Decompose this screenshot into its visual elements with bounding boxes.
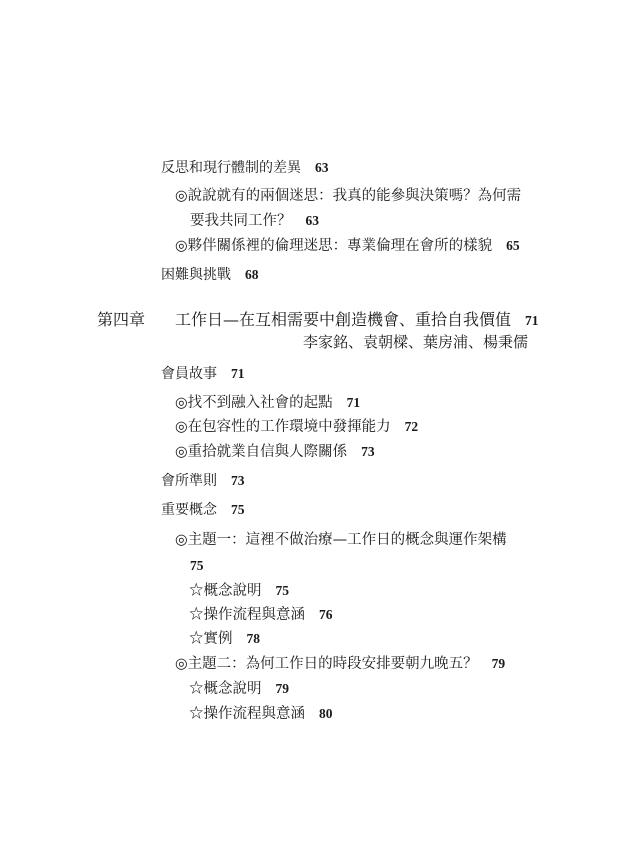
chapter-label: 第四章	[97, 311, 145, 329]
toc-section: 會員故事71	[161, 365, 245, 383]
toc-item: ◎在包容性的工作環境中發揮能力72	[175, 418, 418, 436]
toc-item-continued: 要我共同工作？63	[190, 212, 319, 230]
toc-title: 要我共同工作？	[190, 213, 292, 229]
toc-title: 重要概念	[161, 502, 217, 518]
toc-page-number: 76	[319, 607, 333, 622]
toc-page-number: 73	[231, 473, 245, 488]
toc-page-number: 80	[319, 706, 333, 721]
toc-title: ☆操作流程與意涵	[189, 607, 305, 623]
toc-section: 反思和現行體制的差異63	[161, 159, 329, 177]
toc-page-number: 71	[347, 395, 361, 410]
toc-page-number: 72	[405, 419, 419, 434]
toc-page-number: 75	[276, 583, 290, 598]
toc-page-number: 79	[492, 656, 506, 671]
toc-title: ◎說說就有的兩個迷思：我真的能參與決策嗎？為何需	[175, 188, 521, 204]
toc-title: ◎主題一：這裡不做治療—工作日的概念與運作架構	[175, 532, 507, 548]
toc-section: 困難與挑戰68	[161, 266, 259, 284]
chapter-title-wrap: 工作日—在互相需要中創造機會、重拾自我價值71	[175, 311, 539, 330]
toc-title: ◎重拾就業自信與人際關係	[175, 444, 347, 460]
toc-page-number: 71	[231, 366, 245, 381]
toc-subitem: ☆操作流程與意涵76	[189, 606, 333, 624]
toc-title: ◎主題二：為何工作日的時段安排要朝九晚五？	[175, 656, 478, 672]
toc-section: 會所準則73	[161, 472, 245, 490]
toc-title: ◎夥伴關係裡的倫理迷思：專業倫理在會所的樣貌	[175, 238, 492, 254]
toc-item-page-wrap: 75	[176, 557, 204, 575]
authors-text: 李家銘、袁朝樑、葉房浦、楊秉儒	[303, 333, 528, 351]
toc-title: ☆概念說明	[189, 583, 262, 599]
toc-title: 會所準則	[161, 473, 217, 489]
toc-page-number: 79	[276, 681, 290, 696]
toc-page-number: 73	[361, 444, 375, 459]
chapter-title: 工作日—在互相需要中創造機會、重拾自我價值	[175, 310, 511, 329]
toc-page-number: 71	[525, 313, 539, 328]
toc-title: ☆操作流程與意涵	[189, 706, 305, 722]
toc-title: ◎在包容性的工作環境中發揮能力	[175, 419, 391, 435]
chapter-authors: 李家銘、袁朝樑、葉房浦、楊秉儒	[303, 333, 528, 351]
toc-page-number: 65	[506, 238, 520, 253]
toc-title: ◎找不到融入社會的起點	[175, 395, 333, 411]
toc-item: ◎主題二：為何工作日的時段安排要朝九晚五？79	[175, 655, 505, 673]
toc-page-number: 63	[306, 213, 320, 228]
toc-subitem: ☆操作流程與意涵80	[189, 705, 333, 723]
toc-subitem: ☆概念說明75	[189, 582, 289, 600]
toc-item: ◎重拾就業自信與人際關係73	[175, 443, 375, 461]
toc-title: ☆概念說明	[189, 681, 262, 697]
toc-page-number: 68	[245, 267, 259, 282]
toc-subitem: ☆實例78	[189, 630, 260, 648]
chapter-heading: 第四章 工作日—在互相需要中創造機會、重拾自我價值71	[0, 311, 625, 331]
toc-item: ◎說說就有的兩個迷思：我真的能參與決策嗎？為何需	[175, 187, 521, 205]
toc-page-number: 75	[231, 502, 245, 517]
toc-page-number: 78	[247, 631, 261, 646]
toc-page-number: 75	[190, 558, 204, 573]
toc-title: ☆實例	[189, 631, 233, 647]
toc-item: ◎主題一：這裡不做治療—工作日的概念與運作架構	[175, 531, 507, 549]
toc-title: 會員故事	[161, 366, 217, 382]
toc-item: ◎夥伴關係裡的倫理迷思：專業倫理在會所的樣貌65	[175, 237, 520, 255]
toc-section: 重要概念75	[161, 501, 245, 519]
toc-page-number: 63	[315, 160, 329, 175]
toc-item: ◎找不到融入社會的起點71	[175, 394, 360, 412]
toc-subitem: ☆概念說明79	[189, 680, 289, 698]
toc-title: 反思和現行體制的差異	[161, 160, 301, 176]
toc-title: 困難與挑戰	[161, 267, 231, 283]
